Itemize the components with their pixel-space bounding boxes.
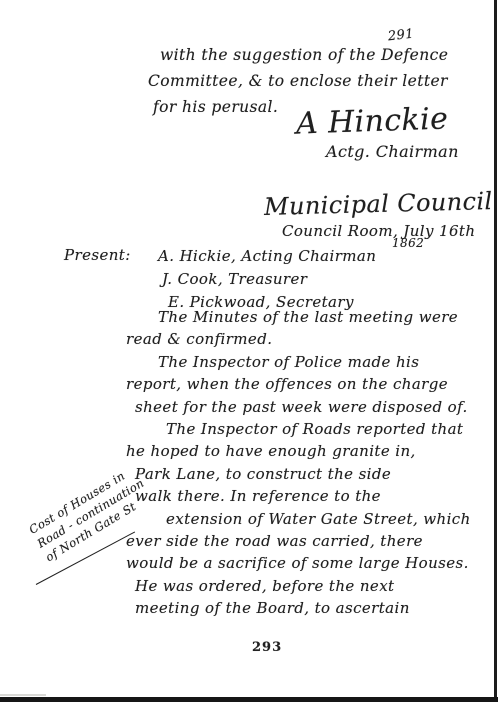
body-line: extension of Water Gate Street, which [166, 508, 471, 530]
body-line: sheet for the past week were disposed of… [135, 396, 471, 418]
body-line: walk there. In reference to the [135, 485, 471, 507]
scan-edge-right [494, 0, 497, 702]
heading-dateline: Council Room, July 16th [282, 222, 475, 240]
closing-line: with the suggestion of the Defence [160, 42, 448, 68]
attendee: A. Hickie, Acting Chairman [158, 245, 376, 268]
document-heading: Municipal Council [264, 187, 493, 221]
body-line: read & confirmed. [126, 328, 471, 350]
present-label: Present: [64, 246, 131, 264]
body-line: Park Lane, to construct the side [135, 463, 471, 485]
scan-edge-bottom [0, 697, 498, 702]
body-line: The Inspector of Roads reported that [166, 418, 471, 440]
scanned-minutes-page: 291 with the suggestion of the Defence C… [0, 0, 498, 702]
body-line: The Inspector of Police made his [158, 351, 471, 373]
attendee: J. Cook, Treasurer [162, 268, 376, 291]
signature-title: Actg. Chairman [326, 142, 459, 161]
body-line: report, when the offences on the charge [126, 373, 471, 395]
body-line: meeting of the Board, to ascertain [135, 597, 471, 619]
body-line: He was ordered, before the next [135, 575, 471, 597]
body-line: he hoped to have enough granite in, [126, 440, 471, 462]
closing-line: Committee, & to enclose their letter [148, 68, 448, 94]
page-number: 293 [252, 640, 282, 655]
heading-year: 1862 [392, 236, 424, 250]
body-line: ever side the road was carried, there [126, 530, 471, 552]
minutes-body: The Minutes of the last meeting were rea… [126, 306, 471, 620]
body-line: would be a sacrifice of some large House… [126, 552, 471, 574]
scan-artifact [0, 694, 46, 696]
body-line: The Minutes of the last meeting were [158, 306, 471, 328]
attendee-list: A. Hickie, Acting Chairman J. Cook, Trea… [158, 245, 376, 314]
signature: A Hinckie [295, 101, 448, 141]
